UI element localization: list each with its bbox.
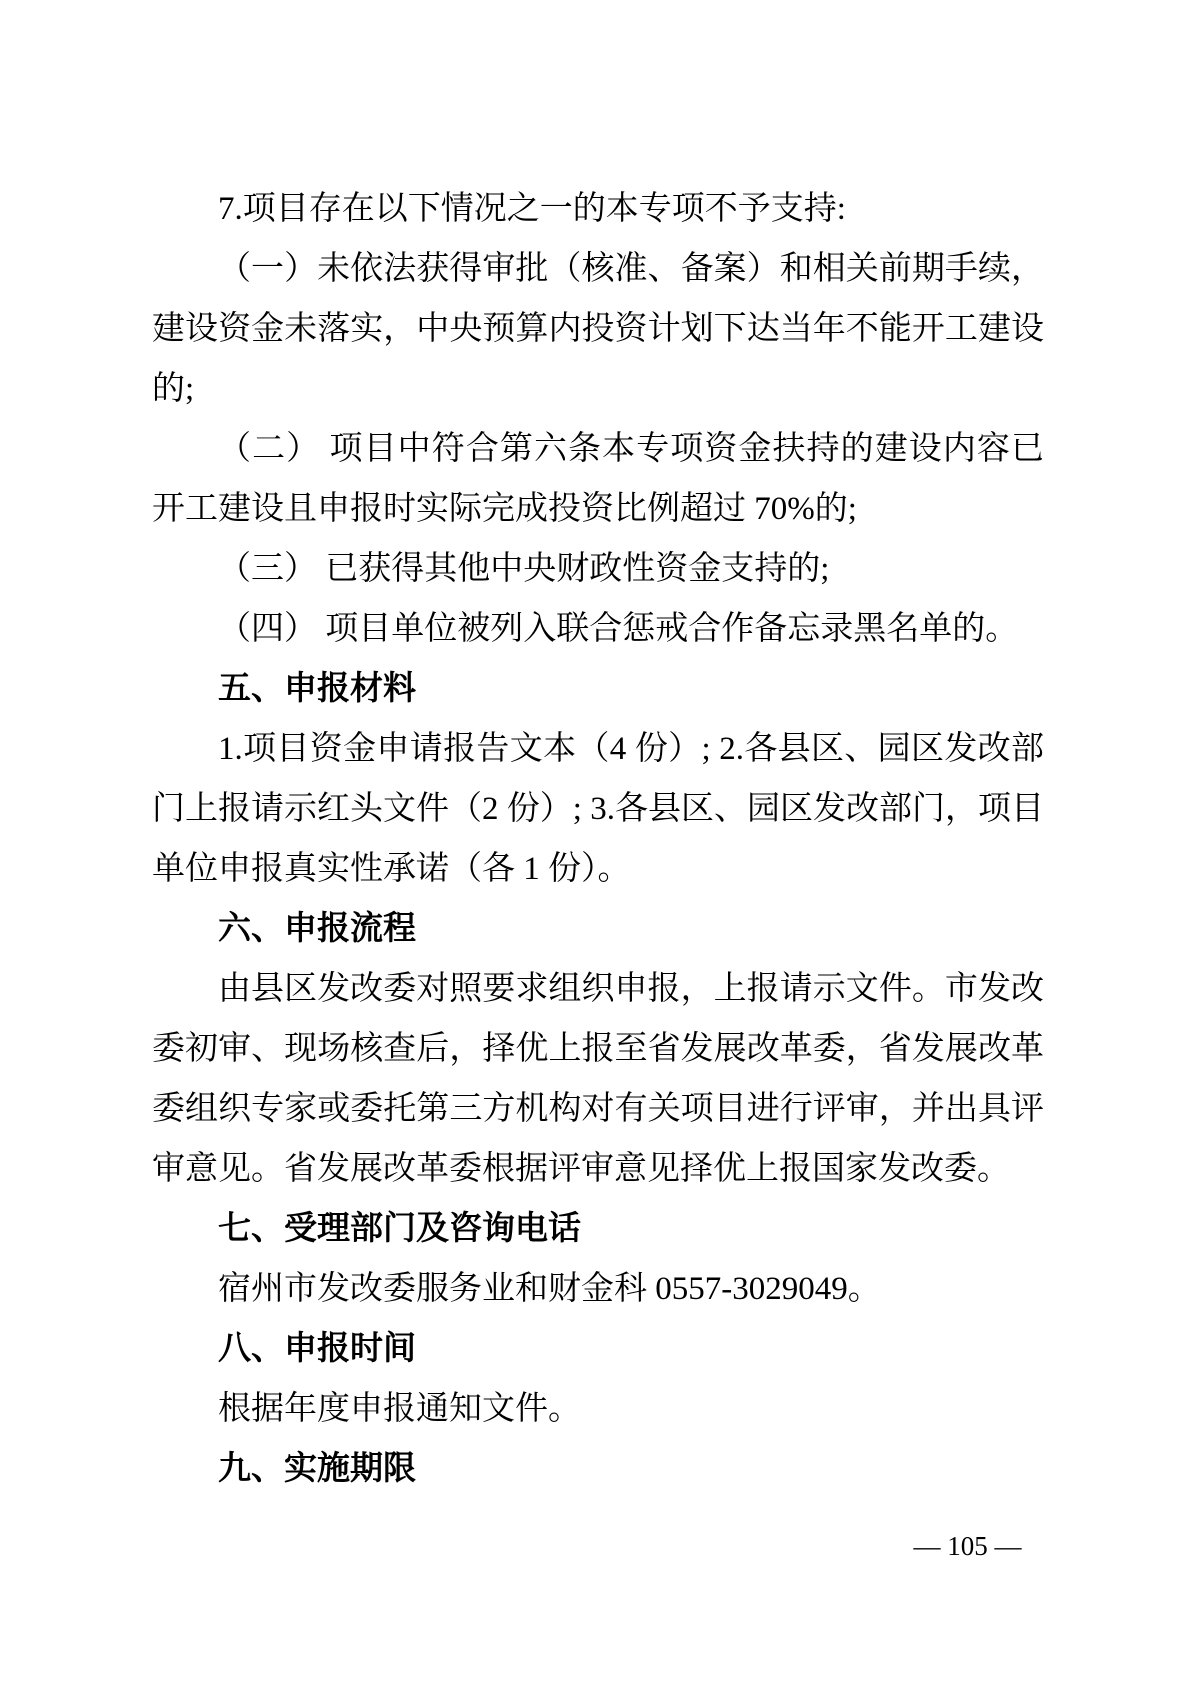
- section-heading: 七、受理部门及咨询电话: [152, 1199, 1044, 1259]
- section-heading: 九、实施期限: [152, 1439, 1044, 1499]
- paragraph: （三） 已获得其他中央财政性资金支持的;: [152, 539, 1044, 599]
- section-heading: 五、申报材料: [152, 659, 1044, 719]
- document-page: 7.项目存在以下情况之一的本专项不予支持:（一）未依法获得审批（核准、备案）和相…: [0, 0, 1190, 1683]
- paragraph: 根据年度申报通知文件。: [152, 1379, 1044, 1439]
- document-body: 7.项目存在以下情况之一的本专项不予支持:（一）未依法获得审批（核准、备案）和相…: [152, 179, 1044, 1499]
- paragraph: 7.项目存在以下情况之一的本专项不予支持:: [152, 179, 1044, 239]
- section-heading: 八、申报时间: [152, 1319, 1044, 1379]
- paragraph: 由县区发改委对照要求组织申报，上报请示文件。市发改委初审、现场核查后，择优上报至…: [152, 959, 1044, 1199]
- paragraph: 宿州市发改委服务业和财金科 0557-3029049。: [152, 1259, 1044, 1319]
- paragraph: （四） 项目单位被列入联合惩戒合作备忘录黑名单的。: [152, 599, 1044, 659]
- page-number: — 105 —: [850, 1528, 1085, 1564]
- section-heading: 六、申报流程: [152, 899, 1044, 959]
- paragraph: （一）未依法获得审批（核准、备案）和相关前期手续，建设资金未落实，中央预算内投资…: [152, 239, 1044, 419]
- paragraph: （二） 项目中符合第六条本专项资金扶持的建设内容已开工建设且申报时实际完成投资比…: [152, 419, 1044, 539]
- paragraph: 1.项目资金申请报告文本（4 份）; 2.各县区、园区发改部门上报请示红头文件（…: [152, 719, 1044, 899]
